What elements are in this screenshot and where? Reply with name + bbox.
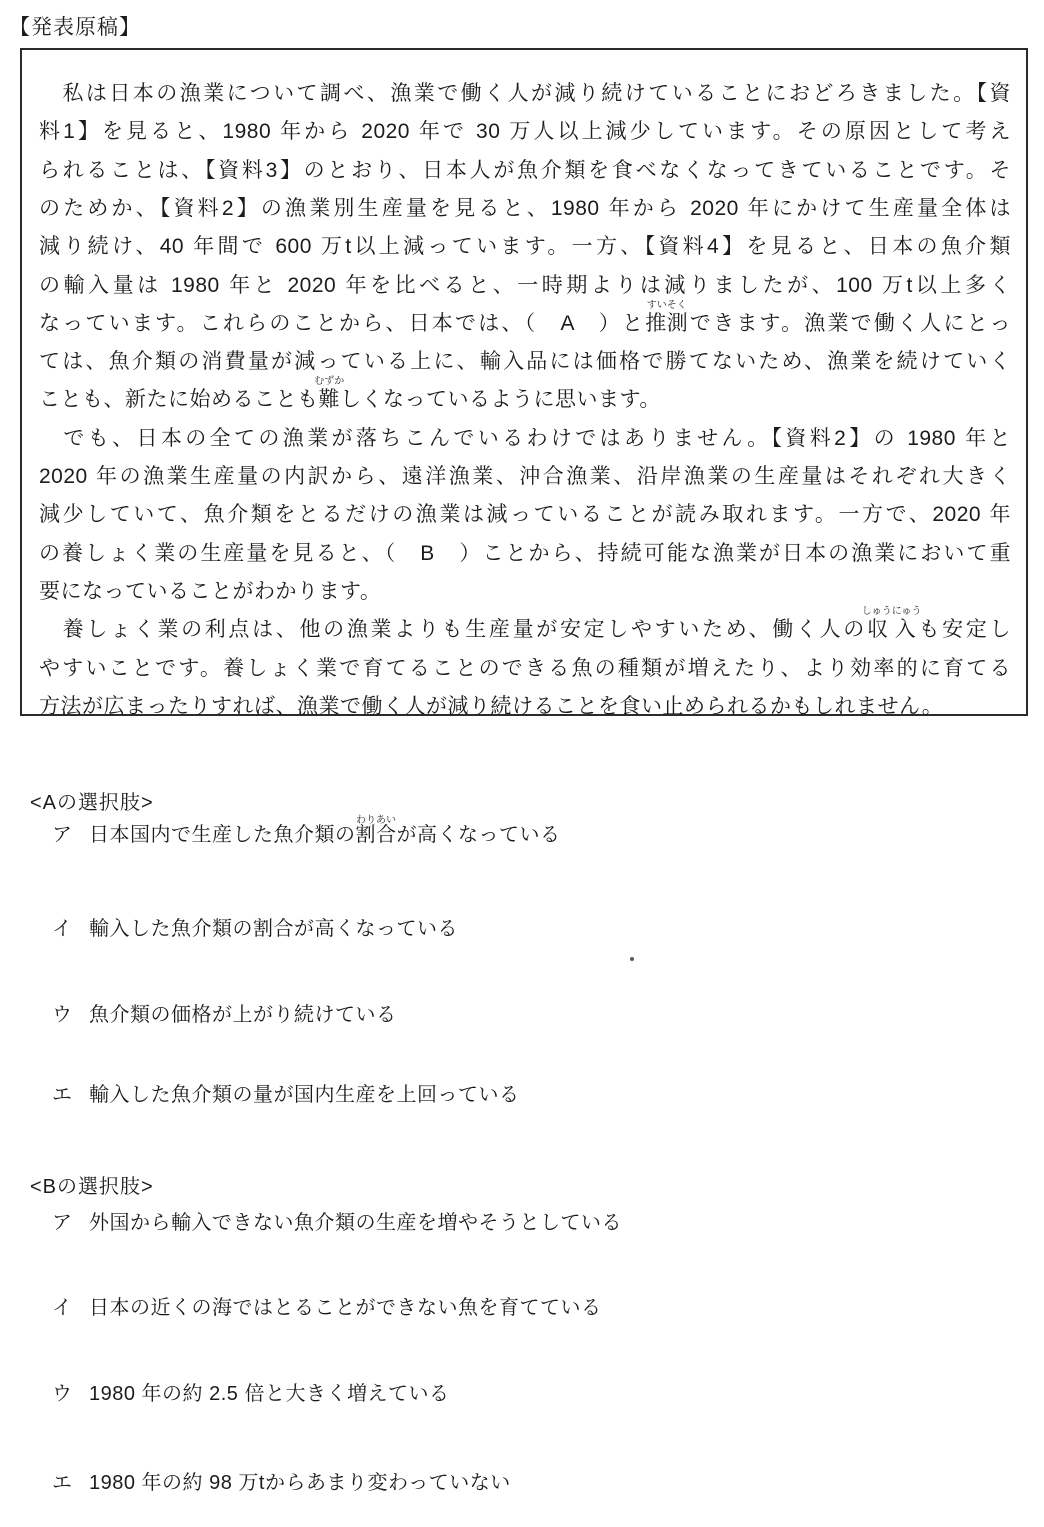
manuscript-line-5: 減り続け、40 年間で 600 万t以上減っています。一方、【資料4】を見ると、…: [39, 228, 1011, 266]
manuscript-box: 私は日本の漁業について調べ、漁業で働く人が減り続けていることにおどろきました。【…: [20, 48, 1028, 716]
option-letter: ア: [52, 1208, 89, 1238]
manuscript-line-10: でも、日本の全ての漁業が落ちこんでいるわけではありません。【資料2】の 1980…: [39, 420, 1011, 458]
page-title: 【発表原稿】: [9, 11, 141, 41]
manuscript-line-6: の輸入量は 1980 年と 2020 年を比べると、一時期よりは減りましたが、1…: [39, 267, 1011, 305]
option-letter: エ: [52, 1468, 89, 1498]
option-b-3: ウ1980 年の約 2.5 倍と大きく増えている: [52, 1379, 449, 1409]
option-text: 日本の近くの海ではとることができない魚を育てている: [89, 1293, 602, 1323]
option-text: 輸入した魚介類の量が国内生産を上回っている: [89, 1080, 520, 1110]
option-a-4: エ輸入した魚介類の量が国内生産を上回っている: [52, 1080, 520, 1110]
option-text: 外国から輸入できない魚介類の生産を増やそうとしている: [89, 1208, 622, 1238]
manuscript-line-14: 要になっていることがわかります。: [39, 573, 1011, 611]
furigana-word: わりあい割合: [356, 820, 397, 850]
manuscript-line-9: ことも、新たに始めることもむずか難しくなっているように思います。: [39, 381, 1011, 419]
option-b-2: イ日本の近くの海ではとることができない魚を育てている: [52, 1293, 602, 1323]
manuscript-line-4: のためか、【資料2】の漁業別生産量を見ると、1980 年から 2020 年にかけ…: [39, 190, 1011, 228]
option-letter: ウ: [52, 1379, 89, 1409]
option-text: 1980 年の約 2.5 倍と大きく増えている: [89, 1379, 449, 1409]
option-text: 1980 年の約 98 万tからあまり変わっていない: [89, 1468, 511, 1498]
option-a-3: ウ魚介類の価格が上がり続けている: [52, 1000, 397, 1030]
manuscript-line-1: 私は日本の漁業について調べ、漁業で働く人が減り続けていることにおどろきました。【…: [39, 75, 1011, 113]
option-letter: エ: [52, 1080, 89, 1110]
option-a-2: イ輸入した魚介類の割合が高くなっている: [52, 914, 458, 944]
manuscript-line-3: られることは、【資料3】のとおり、日本人が魚介類を食べなくなってきていることです…: [39, 152, 1011, 190]
manuscript-line-15: 養しょく業の利点は、他の漁業よりも生産量が安定しやすいため、働く人のしゅうにゅう…: [39, 611, 1011, 649]
furigana-text: わりあい: [356, 816, 396, 826]
option-b-1: ア外国から輸入できない魚介類の生産を増やそうとしている: [52, 1208, 622, 1238]
option-b-4: エ1980 年の約 98 万tからあまり変わっていない: [52, 1468, 511, 1498]
furigana-word: むずか難: [319, 381, 341, 419]
scan-artifact-dot: [630, 957, 634, 961]
section-a-header: <Aの選択肢>: [30, 786, 154, 815]
option-letter: ア: [52, 820, 89, 850]
option-letter: イ: [52, 914, 89, 944]
manuscript-line-16: やすいことです。養しょく業で育てることのできる魚の種類が増えたり、より効率的に育…: [39, 650, 1011, 688]
manuscript-line-13: の養しょく業の生産量を見ると、（ B ）ことから、持続可能な漁業が日本の漁業にお…: [39, 535, 1011, 573]
furigana-word: しゅうにゅう収 入: [867, 611, 916, 649]
furigana-word: すいそく推測: [645, 305, 688, 343]
option-letter: イ: [52, 1293, 89, 1323]
manuscript-line-12: 減少していて、魚介類をとるだけの漁業は減っていることが読み取れます。一方で、20…: [39, 496, 1011, 534]
option-letter: ウ: [52, 1000, 89, 1030]
option-text: 日本国内で生産した魚介類のわりあい割合が高くなっている: [89, 820, 561, 850]
option-a-1: ア日本国内で生産した魚介類のわりあい割合が高くなっている: [52, 820, 561, 850]
section-b-header: <Bの選択肢>: [30, 1170, 154, 1199]
manuscript-line-2: 料1】を見ると、1980 年から 2020 年で 30 万人以上減少しています。…: [39, 113, 1011, 151]
manuscript-line-7: なっています。これらのことから、日本では、（ A ）とすいそく推測できます。漁業…: [39, 305, 1011, 343]
manuscript-line-8: ては、魚介類の消費量が減っている上に、輸入品には価格で勝てないため、漁業を続けて…: [39, 343, 1011, 381]
furigana-text: むずか: [314, 377, 344, 387]
furigana-text: しゅうにゅう: [862, 607, 922, 617]
option-text: 輸入した魚介類の割合が高くなっている: [89, 914, 458, 944]
furigana-text: すいそく: [647, 301, 687, 311]
manuscript-line-17: 方法が広まったりすれば、漁業で働く人が減り続けることを食い止められるかもしれませ…: [39, 688, 1011, 726]
option-text: 魚介類の価格が上がり続けている: [89, 1000, 397, 1030]
manuscript-line-11: 2020 年の漁業生産量の内訳から、遠洋漁業、沖合漁業、沿岸漁業の生産量はそれぞ…: [39, 458, 1011, 496]
